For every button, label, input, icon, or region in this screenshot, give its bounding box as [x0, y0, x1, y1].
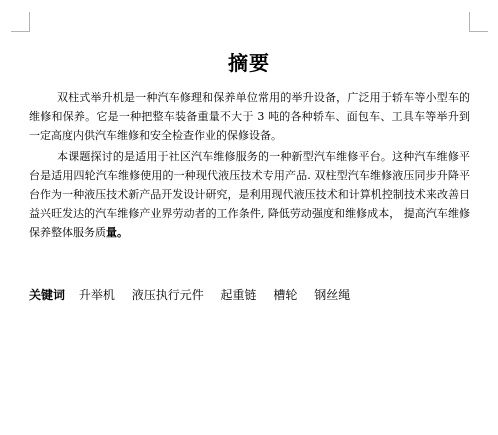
abstract-paragraph-1: 双柱式举升机是一种汽车修理和保养单位常用的举升设备，广泛用于轿车等小型车的维修和…: [29, 88, 470, 145]
document-page: 摘要 双柱式举升机是一种汽车修理和保养单位常用的举升设备，广泛用于轿车等小型车的…: [0, 0, 498, 435]
keywords-label: 关键词: [29, 288, 65, 302]
abstract-paragraph-2: 本课题探讨的是适用于社区汽车维修服务的一种新型汽车维修平台。这种汽车维修平台是适…: [29, 147, 470, 242]
keyword-item: 槽轮: [273, 288, 297, 302]
keywords-line: 关键词 升举机 液压执行元件 起重链 槽轮 钢丝绳: [29, 287, 470, 304]
keyword-item: 钢丝绳: [314, 288, 350, 302]
text-boundary-mark-top-right: [469, 12, 488, 32]
paragraph-2-text: 本课题探讨的是适用于社区汽车维修服务的一种新型汽车维修平台。这种汽车维修平台是适…: [29, 150, 470, 239]
paragraph-1-text: 双柱式举升机是一种汽车修理和保养单位常用的举升设备，广泛用于轿车等小型车的维修和…: [29, 91, 470, 142]
paragraph-2-bold-ending: 量。: [106, 226, 128, 239]
keyword-item: 液压执行元件: [132, 288, 204, 302]
keyword-item: 升举机: [79, 288, 115, 302]
abstract-body: 双柱式举升机是一种汽车修理和保养单位常用的举升设备，广泛用于轿车等小型车的维修和…: [29, 88, 470, 242]
page-title: 摘要: [0, 47, 498, 76]
keyword-item: 起重链: [221, 288, 257, 302]
text-boundary-mark-top-left: [11, 12, 30, 32]
